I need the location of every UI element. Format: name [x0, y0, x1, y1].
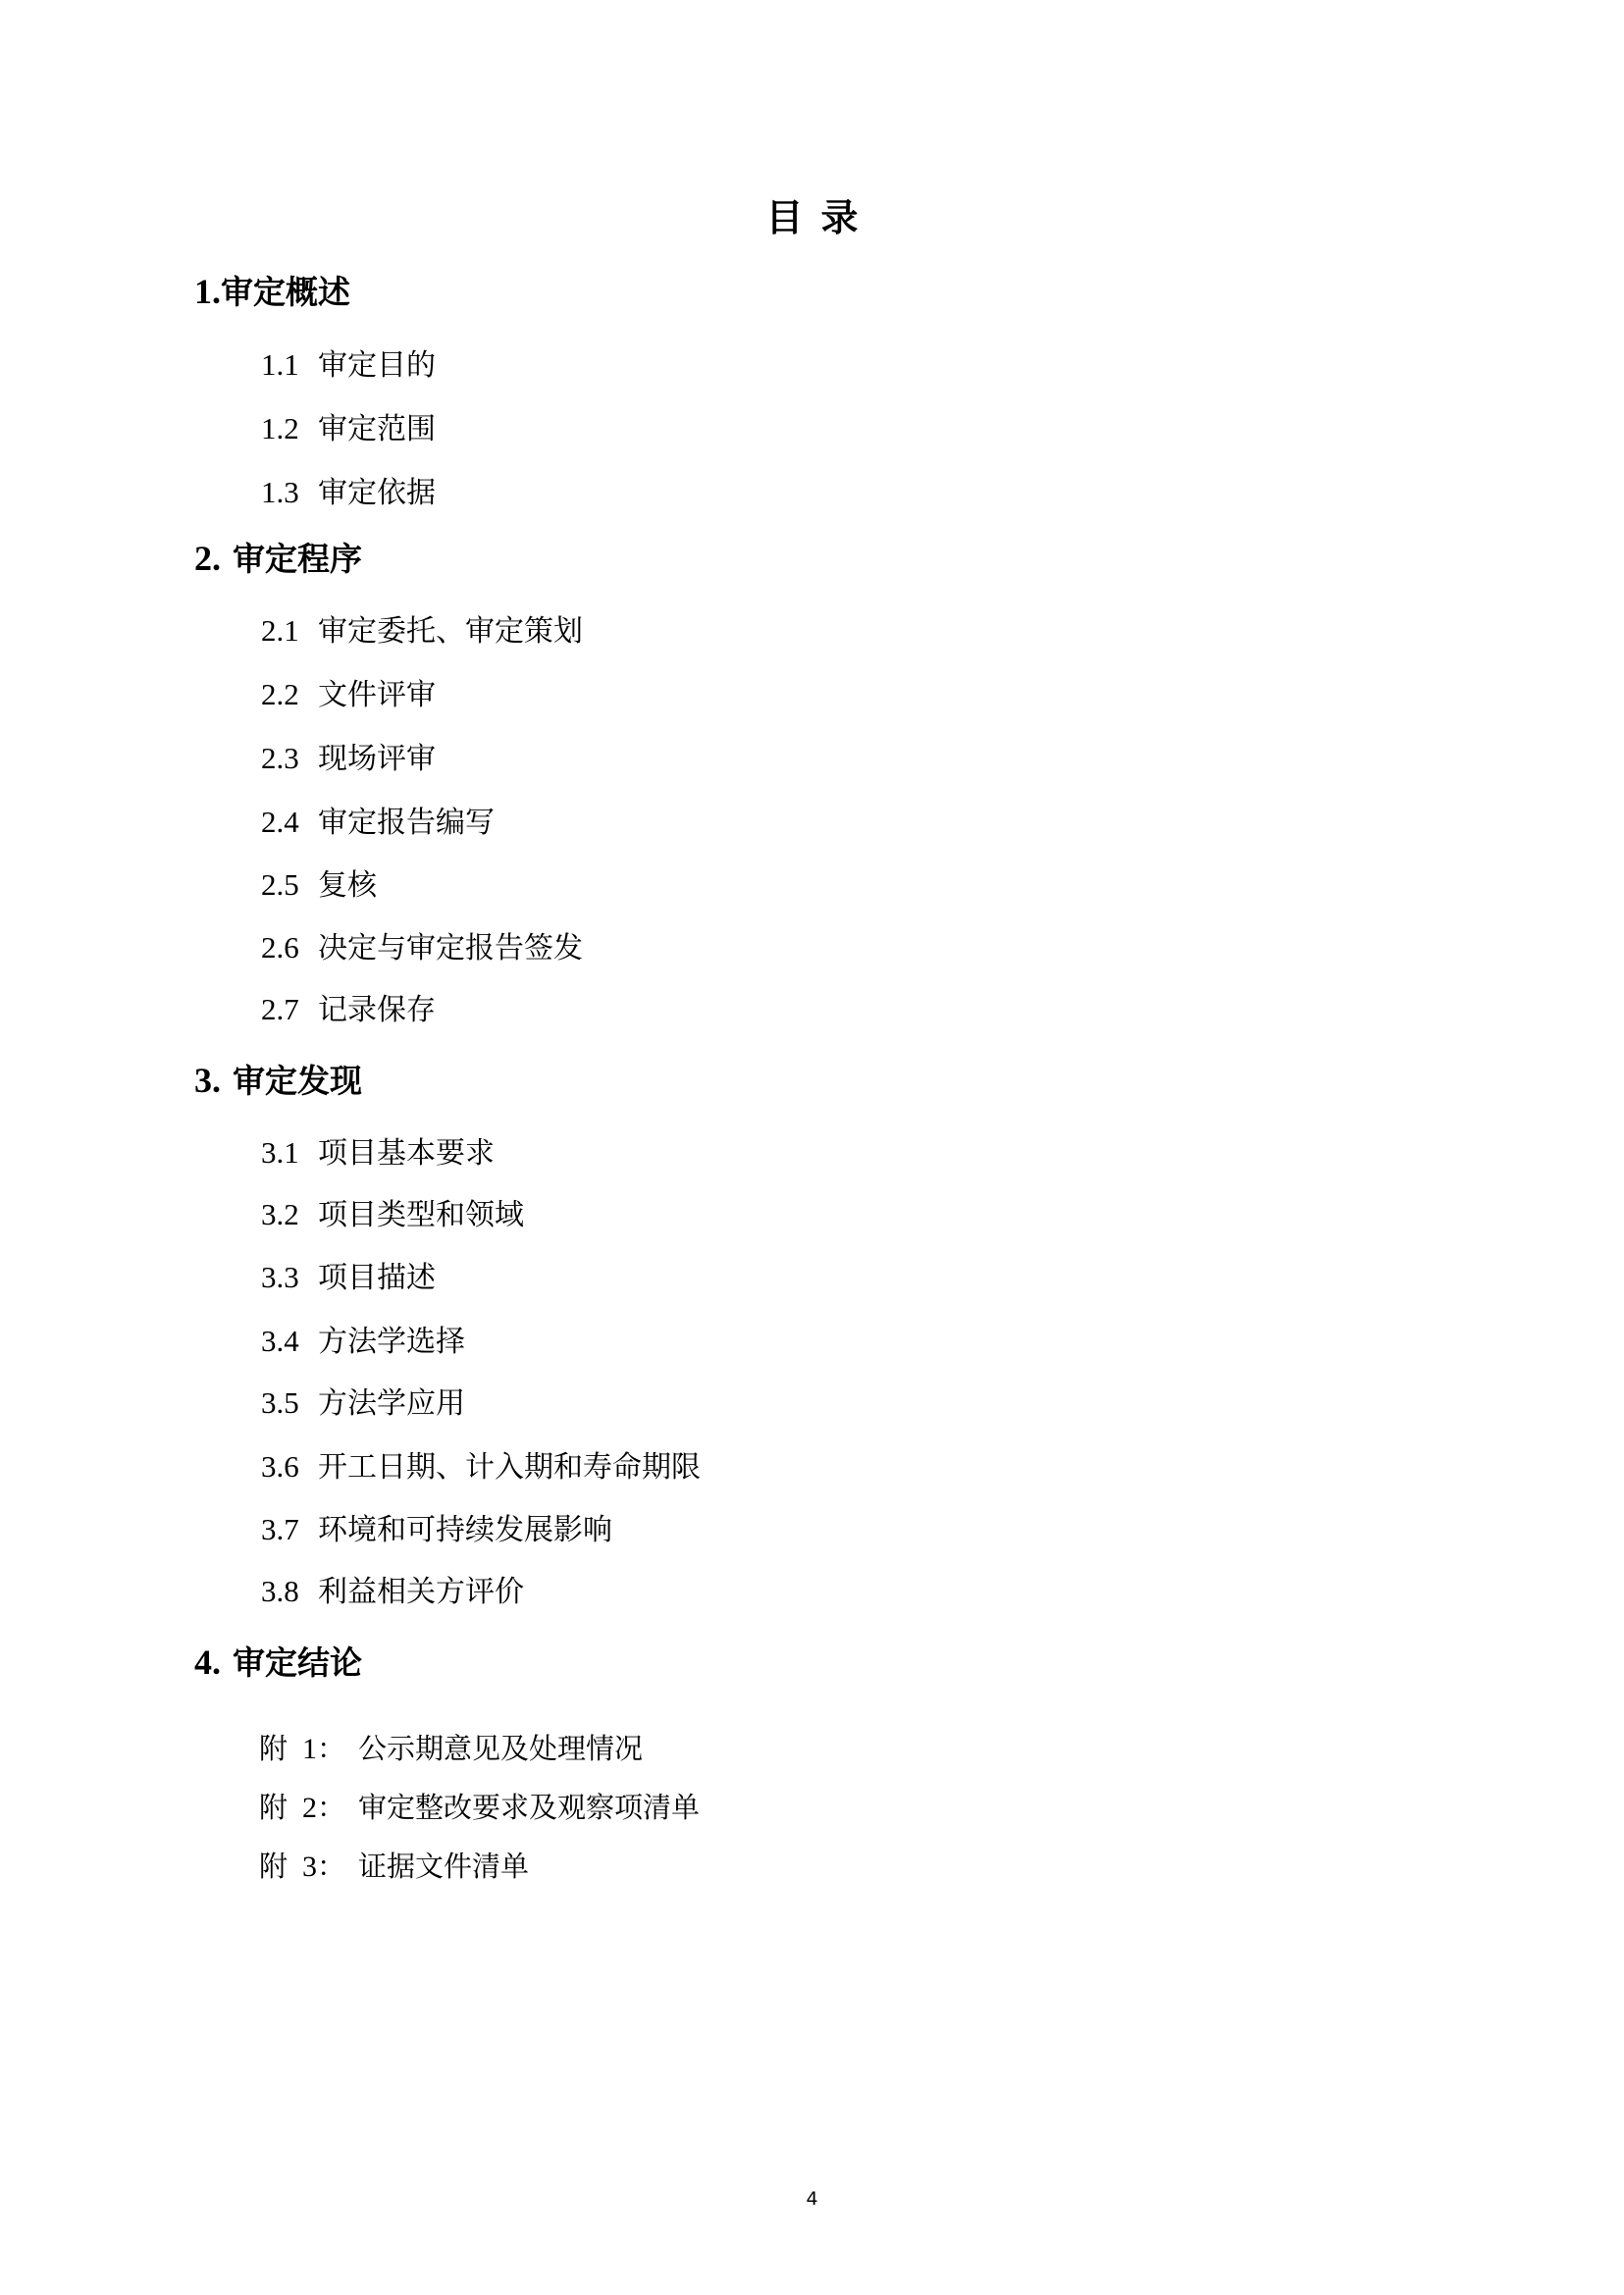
section-label: 审定结论: [233, 1643, 362, 1682]
section-number: 1.: [194, 272, 221, 311]
item-label: 审定范围: [318, 412, 436, 446]
section-number: 3.: [194, 1061, 221, 1100]
toc-item-3-5[interactable]: 3.5方法学应用: [261, 1383, 465, 1424]
section-number: 4.: [194, 1643, 221, 1682]
item-label: 复核: [318, 868, 377, 903]
toc-section-3[interactable]: 3.审定发现: [194, 1060, 362, 1102]
item-number: 2.1: [261, 611, 318, 651]
item-number: 2.6: [261, 928, 318, 967]
toc-item-2-7[interactable]: 2.7记录保存: [261, 990, 436, 1030]
item-number: 1.2: [261, 409, 318, 448]
item-label: 项目描述: [318, 1261, 436, 1295]
toc-title: 目录: [0, 194, 1624, 241]
appendix-label: 审定整改要求及观察项清单: [358, 1791, 700, 1824]
item-number: 3.8: [261, 1572, 318, 1611]
item-number: 2.5: [261, 865, 318, 905]
appendix-prefix: 附: [259, 1729, 302, 1768]
item-label: 环境和可持续发展影响: [318, 1513, 612, 1547]
toc-item-2-4[interactable]: 2.4审定报告编写: [261, 803, 495, 843]
item-number: 3.7: [261, 1510, 318, 1549]
item-label: 决定与审定报告签发: [318, 931, 583, 965]
toc-item-3-3[interactable]: 3.3项目描述: [261, 1258, 436, 1298]
item-label: 记录保存: [318, 993, 436, 1027]
item-label: 项目基本要求: [318, 1136, 495, 1171]
toc-item-1-2[interactable]: 1.2审定范围: [261, 409, 436, 449]
section-number: 2.: [194, 539, 221, 578]
toc-item-1-3[interactable]: 1.3审定依据: [261, 473, 436, 513]
item-label: 项目类型和领域: [318, 1198, 524, 1232]
item-label: 方法学应用: [318, 1386, 465, 1421]
appendix-number: 3: [302, 1851, 317, 1883]
toc-section-2[interactable]: 2.审定程序: [194, 538, 362, 580]
toc-item-3-7[interactable]: 3.7环境和可持续发展影响: [261, 1510, 612, 1550]
item-number: 2.4: [261, 803, 318, 842]
appendix-number: 2: [302, 1792, 317, 1824]
section-label: 审定概述: [221, 273, 350, 311]
item-number: 3.1: [261, 1133, 318, 1173]
item-label: 审定目的: [318, 348, 436, 383]
item-number: 1.1: [261, 345, 318, 385]
item-label: 审定委托、审定策划: [318, 614, 583, 649]
toc-item-2-5[interactable]: 2.5复核: [261, 865, 377, 906]
toc-item-2-6[interactable]: 2.6决定与审定报告签发: [261, 928, 583, 968]
appendix-number: 1: [302, 1733, 317, 1765]
item-number: 2.3: [261, 739, 318, 778]
section-label: 审定程序: [233, 540, 362, 578]
appendix-colon: ：: [317, 1729, 358, 1768]
toc-item-1-1[interactable]: 1.1审定目的: [261, 345, 436, 386]
item-number: 3.2: [261, 1195, 318, 1234]
item-number: 3.3: [261, 1258, 318, 1297]
toc-section-4[interactable]: 4.审定结论: [194, 1642, 362, 1684]
section-label: 审定发现: [233, 1062, 362, 1100]
appendix-colon: ：: [317, 1847, 358, 1886]
toc-appendix-2[interactable]: 附2：审定整改要求及观察项清单: [259, 1788, 700, 1828]
item-label: 审定报告编写: [318, 806, 495, 840]
item-label: 现场评审: [318, 742, 436, 776]
item-label: 审定依据: [318, 476, 436, 510]
toc-appendix-1[interactable]: 附1：公示期意见及处理情况: [259, 1729, 643, 1769]
toc-item-3-8[interactable]: 3.8利益相关方评价: [261, 1572, 524, 1612]
item-number: 2.7: [261, 990, 318, 1029]
item-label: 文件评审: [318, 678, 436, 712]
toc-item-3-4[interactable]: 3.4方法学选择: [261, 1322, 465, 1362]
appendix-label: 证据文件清单: [358, 1850, 529, 1883]
toc-section-1[interactable]: 1.审定概述: [194, 271, 350, 313]
toc-item-2-1[interactable]: 2.1审定委托、审定策划: [261, 611, 583, 652]
toc-item-2-2[interactable]: 2.2文件评审: [261, 675, 436, 715]
item-number: 3.6: [261, 1447, 318, 1487]
item-label: 方法学选择: [318, 1325, 465, 1359]
item-number: 3.4: [261, 1322, 318, 1361]
toc-item-3-6[interactable]: 3.6开工日期、计入期和寿命期限: [261, 1447, 701, 1487]
appendix-prefix: 附: [259, 1847, 302, 1886]
appendix-prefix: 附: [259, 1788, 302, 1827]
item-number: 3.5: [261, 1383, 318, 1423]
item-number: 1.3: [261, 473, 318, 512]
toc-item-3-1[interactable]: 3.1项目基本要求: [261, 1133, 495, 1174]
appendix-label: 公示期意见及处理情况: [358, 1732, 643, 1765]
item-label: 开工日期、计入期和寿命期限: [318, 1450, 701, 1485]
item-number: 2.2: [261, 675, 318, 714]
appendix-colon: ：: [317, 1788, 358, 1827]
toc-item-3-2[interactable]: 3.2项目类型和领域: [261, 1195, 524, 1235]
page-number: 4: [0, 2186, 1624, 2212]
document-page: 目录 1.审定概述 1.1审定目的 1.2审定范围 1.3审定依据 2.审定程序…: [0, 0, 1624, 2295]
item-label: 利益相关方评价: [318, 1575, 524, 1609]
toc-appendix-3[interactable]: 附3：证据文件清单: [259, 1847, 529, 1887]
toc-item-2-3[interactable]: 2.3现场评审: [261, 739, 436, 779]
